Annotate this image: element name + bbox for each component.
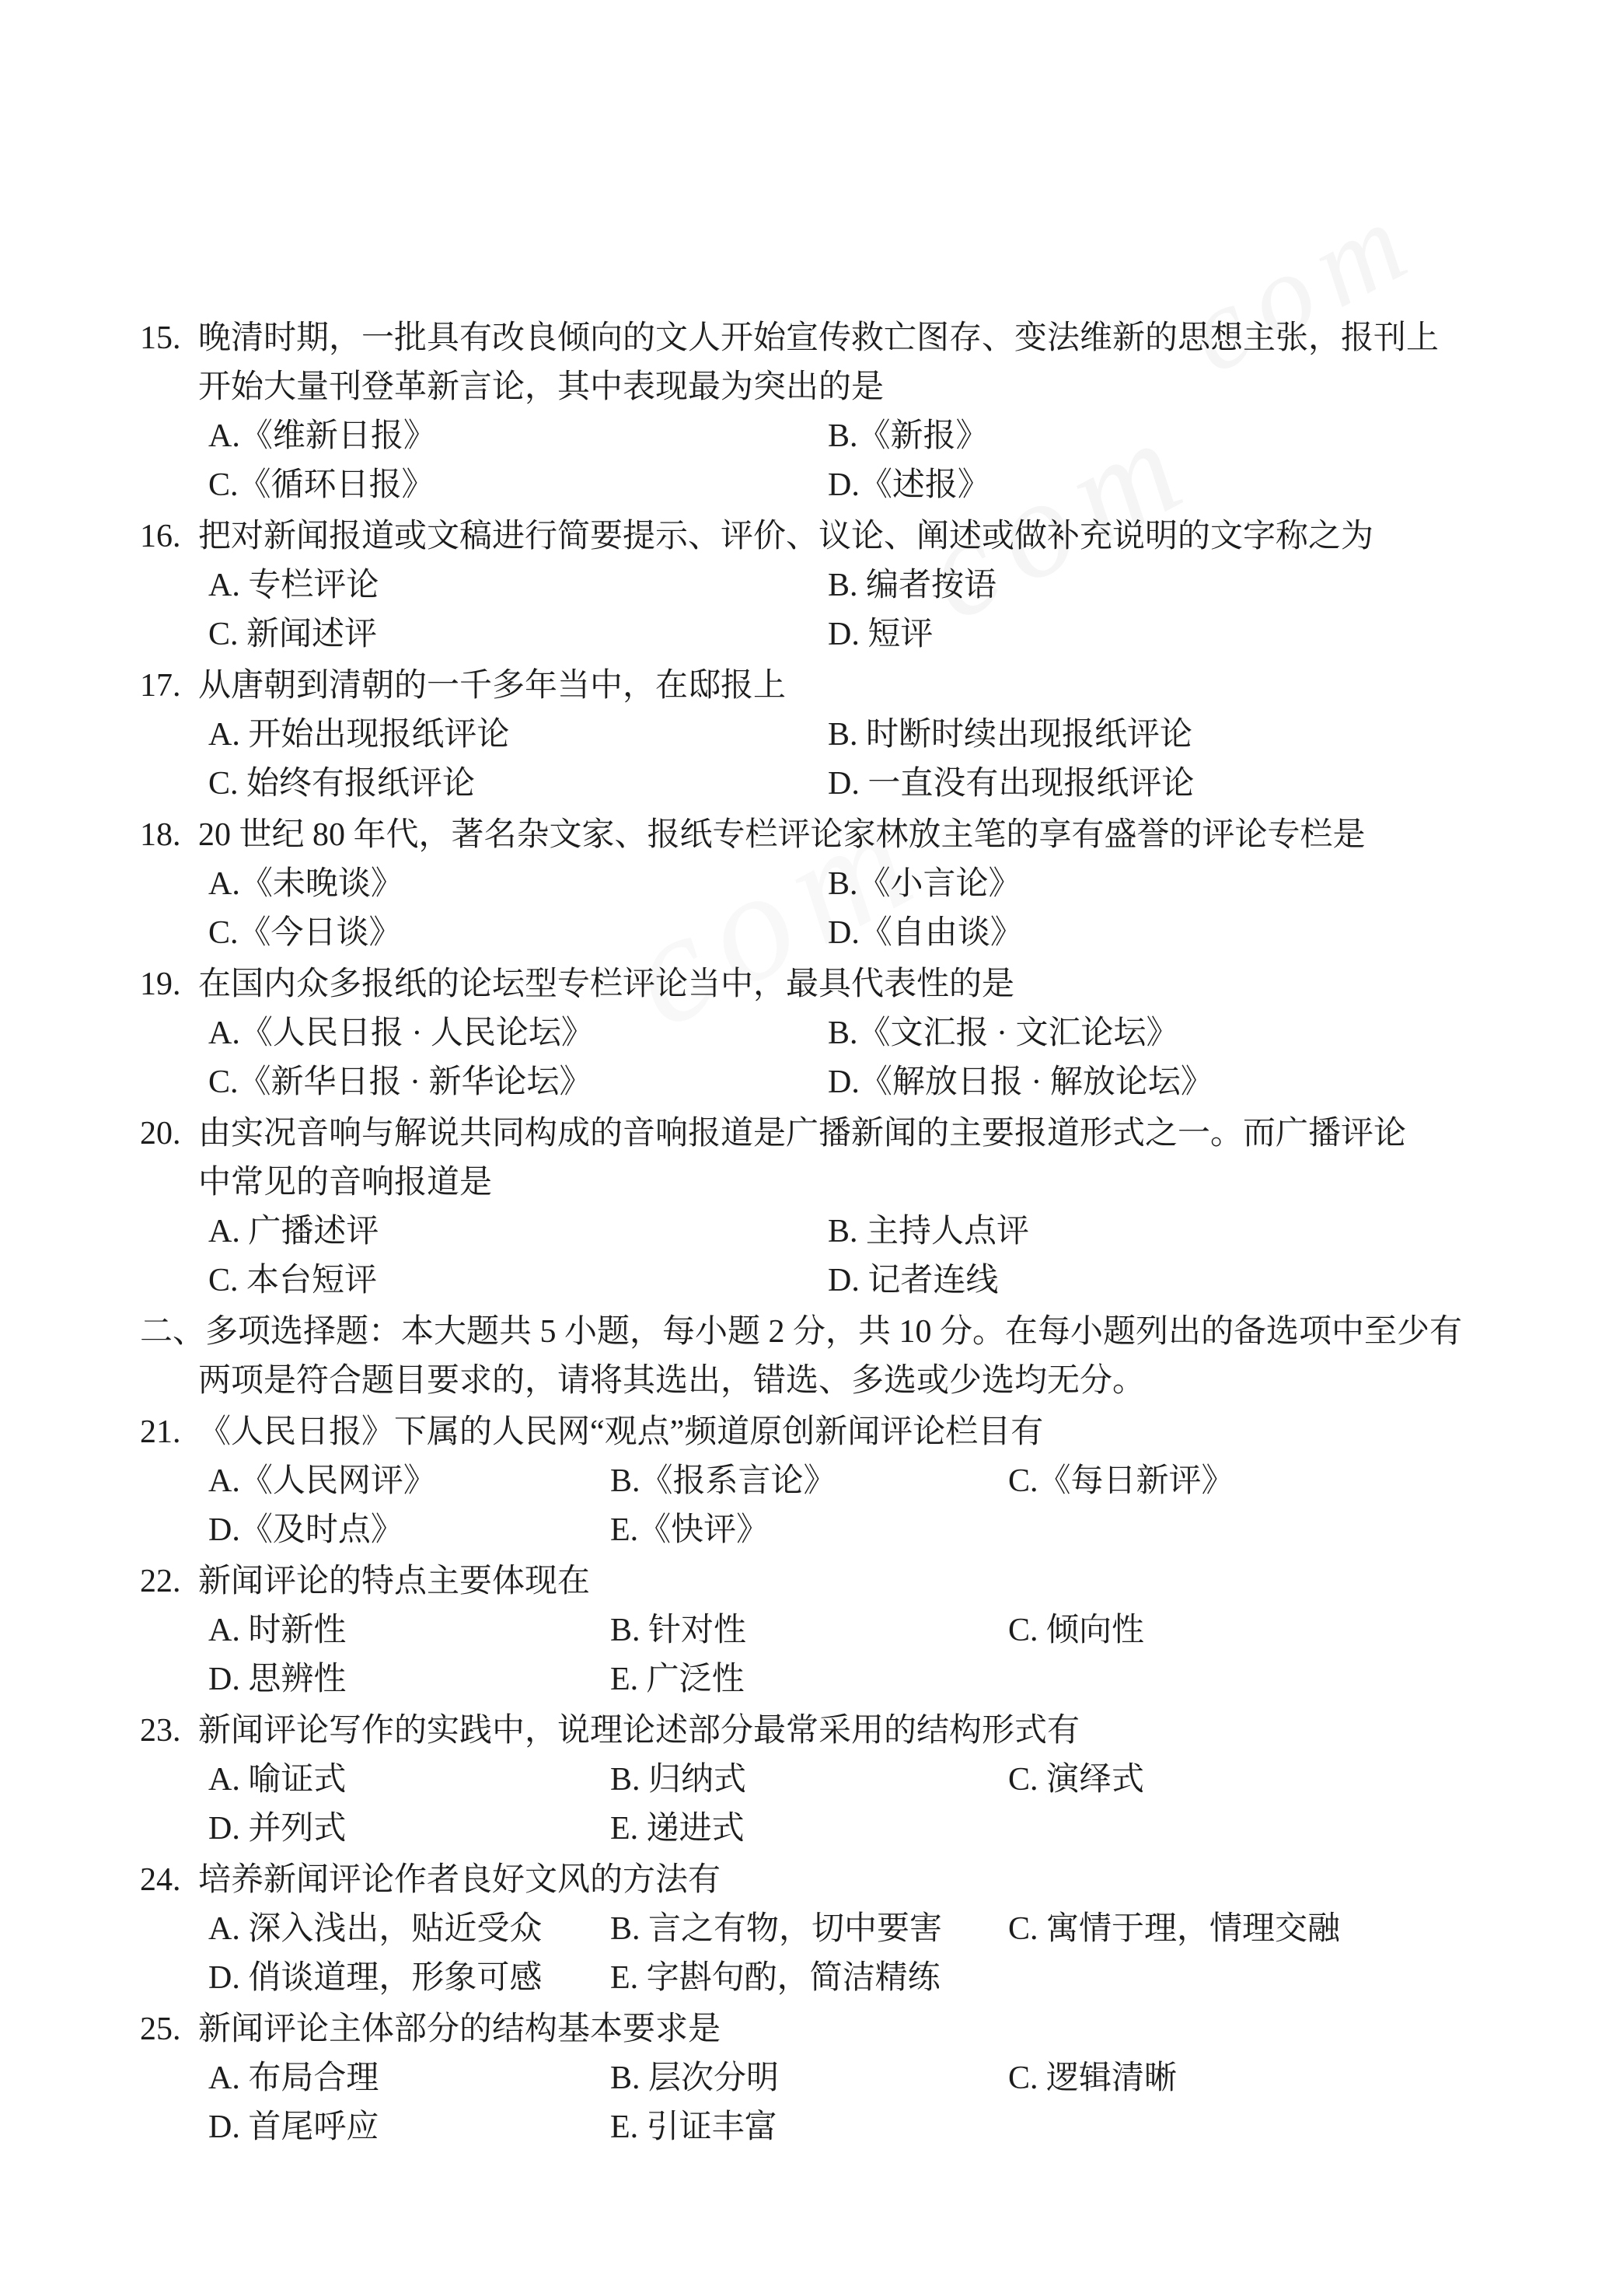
question-number: 21. bbox=[140, 1408, 198, 1457]
question-text-continued: 中常见的音响报道是 bbox=[140, 1158, 1492, 1207]
section2-header-line: 两项是符合题目要求的，请将其选出，错选、多选或少选均无分。 bbox=[140, 1357, 1492, 1406]
question-first-line: 16.把对新闻报道或文稿进行简要提示、评价、议论、阐述或做补充说明的文字称之为 bbox=[140, 512, 1492, 561]
section2-header-line: 二、多项选择题：本大题共 5 小题，每小题 2 分，共 10 分。在每小题列出的… bbox=[140, 1308, 1492, 1357]
question-text: 从唐朝到清朝的一千多年当中，在邸报上 bbox=[198, 662, 1492, 711]
option-c: C. 演绎式 bbox=[1008, 1756, 1492, 1805]
question-text: 新闻评论写作的实践中，说理论述部分最常采用的结构形式有 bbox=[198, 1707, 1492, 1756]
question-first-line: 18.20 世纪 80 年代，著名杂文家、报纸专栏评论家林放主笔的享有盛誉的评论… bbox=[140, 811, 1492, 860]
options-grid: A. 时新性B. 针对性C. 倾向性D. 思辨性E. 广泛性 bbox=[208, 1606, 1492, 1704]
question-16: 16.把对新闻报道或文稿进行简要提示、评价、议论、阐述或做补充说明的文字称之为A… bbox=[140, 512, 1492, 659]
option-a: A.《人民网评》 bbox=[208, 1457, 610, 1506]
option-b: B. 主持人点评 bbox=[828, 1207, 1492, 1256]
option-c: C. 新闻述评 bbox=[208, 610, 828, 659]
option-c: C.《每日新评》 bbox=[1008, 1457, 1492, 1506]
question-25: 25.新闻评论主体部分的结构基本要求是A. 布局合理B. 层次分明C. 逻辑清晰… bbox=[140, 2005, 1492, 2152]
question-number: 24. bbox=[140, 1856, 198, 1905]
option-a: A. 专栏评论 bbox=[208, 561, 828, 610]
question-first-line: 20.由实况音响与解说共同构成的音响报道是广播新闻的主要报道形式之一。而广播评论 bbox=[140, 1110, 1492, 1158]
option-a: A.《人民日报 · 人民论坛》 bbox=[208, 1009, 828, 1058]
option-b: B.《小言论》 bbox=[828, 860, 1492, 909]
question-23: 23.新闻评论写作的实践中，说理论述部分最常采用的结构形式有A. 喻证式B. 归… bbox=[140, 1707, 1492, 1854]
option-c: C. 寓情于理，情理交融 bbox=[1008, 1905, 1492, 1954]
question-first-line: 15.晚清时期，一批具有改良倾向的文人开始宣传救亡图存、变法维新的思想主张，报刊… bbox=[140, 314, 1492, 363]
question-15: 15.晚清时期，一批具有改良倾向的文人开始宣传救亡图存、变法维新的思想主张，报刊… bbox=[140, 314, 1492, 510]
option-b: B. 归纳式 bbox=[610, 1756, 1008, 1805]
option-e: E. 递进式 bbox=[610, 1805, 1008, 1854]
options-grid: A.《人民日报 · 人民论坛》B.《文汇报 · 文汇论坛》C.《新华日报 · 新… bbox=[208, 1009, 1492, 1107]
options-grid: A. 专栏评论B. 编者按语C. 新闻述评D. 短评 bbox=[208, 561, 1492, 659]
option-d: D. 短评 bbox=[828, 610, 1492, 659]
question-24: 24.培养新闻评论作者良好文风的方法有A. 深入浅出，贴近受众B. 言之有物，切… bbox=[140, 1856, 1492, 2003]
option-c: C. 本台短评 bbox=[208, 1256, 828, 1305]
question-number: 18. bbox=[140, 811, 198, 860]
question-22: 22.新闻评论的特点主要体现在A. 时新性B. 针对性C. 倾向性D. 思辨性E… bbox=[140, 1557, 1492, 1704]
option-e: E. 广泛性 bbox=[610, 1655, 1008, 1704]
question-text: 新闻评论的特点主要体现在 bbox=[198, 1557, 1492, 1606]
option-c: C. 倾向性 bbox=[1008, 1606, 1492, 1655]
question-first-line: 17.从唐朝到清朝的一千多年当中，在邸报上 bbox=[140, 662, 1492, 711]
option-a: A. 布局合理 bbox=[208, 2054, 610, 2103]
option-c: C. 始终有报纸评论 bbox=[208, 760, 828, 809]
option-e: E. 字斟句酌，简洁精练 bbox=[610, 1954, 1008, 2003]
question-text: 在国内众多报纸的论坛型专栏评论当中，最具代表性的是 bbox=[198, 960, 1492, 1009]
option-b: B. 层次分明 bbox=[610, 2054, 1008, 2103]
option-d: D. 俏谈道理，形象可感 bbox=[208, 1954, 610, 2003]
option-b: B. 时断时续出现报纸评论 bbox=[828, 711, 1492, 760]
option-c: C.《新华日报 · 新华论坛》 bbox=[208, 1058, 828, 1107]
option-d: D. 思辨性 bbox=[208, 1655, 610, 1704]
option-d: D.《解放日报 · 解放论坛》 bbox=[828, 1058, 1492, 1107]
question-first-line: 19.在国内众多报纸的论坛型专栏评论当中，最具代表性的是 bbox=[140, 960, 1492, 1009]
question-text: 由实况音响与解说共同构成的音响报道是广播新闻的主要报道形式之一。而广播评论 bbox=[198, 1110, 1492, 1158]
option-b: B.《报系言论》 bbox=[610, 1457, 1008, 1506]
options-grid: A. 喻证式B. 归纳式C. 演绎式D. 并列式E. 递进式 bbox=[208, 1756, 1492, 1854]
option-c: C.《循环日报》 bbox=[208, 461, 828, 510]
options-grid: A. 开始出现报纸评论B. 时断时续出现报纸评论C. 始终有报纸评论D. 一直没… bbox=[208, 711, 1492, 809]
question-text: 《人民日报》下属的人民网“观点”频道原创新闻评论栏目有 bbox=[198, 1408, 1492, 1457]
option-d: D. 首尾呼应 bbox=[208, 2103, 610, 2152]
question-first-line: 22.新闻评论的特点主要体现在 bbox=[140, 1557, 1492, 1606]
question-text: 把对新闻报道或文稿进行简要提示、评价、议论、阐述或做补充说明的文字称之为 bbox=[198, 512, 1492, 561]
question-number: 22. bbox=[140, 1557, 198, 1606]
option-b: B. 针对性 bbox=[610, 1606, 1008, 1655]
question-19: 19.在国内众多报纸的论坛型专栏评论当中，最具代表性的是A.《人民日报 · 人民… bbox=[140, 960, 1492, 1107]
option-b: B. 编者按语 bbox=[828, 561, 1492, 610]
question-text: 20 世纪 80 年代，著名杂文家、报纸专栏评论家林放主笔的享有盛誉的评论专栏是 bbox=[198, 811, 1492, 860]
option-a: A. 开始出现报纸评论 bbox=[208, 711, 828, 760]
question-17: 17.从唐朝到清朝的一千多年当中，在邸报上A. 开始出现报纸评论B. 时断时续出… bbox=[140, 662, 1492, 809]
question-number: 23. bbox=[140, 1707, 198, 1756]
question-number: 20. bbox=[140, 1110, 198, 1158]
option-a: A.《未晚谈》 bbox=[208, 860, 828, 909]
question-text: 晚清时期，一批具有改良倾向的文人开始宣传救亡图存、变法维新的思想主张，报刊上 bbox=[198, 314, 1492, 363]
question-number: 16. bbox=[140, 512, 198, 561]
section2-header: 二、多项选择题：本大题共 5 小题，每小题 2 分，共 10 分。在每小题列出的… bbox=[140, 1308, 1492, 1406]
options-grid: A. 广播述评B. 主持人点评C. 本台短评D. 记者连线 bbox=[208, 1207, 1492, 1305]
option-a: A. 时新性 bbox=[208, 1606, 610, 1655]
options-grid: A. 深入浅出，贴近受众B. 言之有物，切中要害C. 寓情于理，情理交融D. 俏… bbox=[208, 1905, 1492, 2003]
question-number: 17. bbox=[140, 662, 198, 711]
option-d: D. 并列式 bbox=[208, 1805, 610, 1854]
question-first-line: 23.新闻评论写作的实践中，说理论述部分最常采用的结构形式有 bbox=[140, 1707, 1492, 1756]
option-e: E. 引证丰富 bbox=[610, 2103, 1008, 2152]
option-a: A. 喻证式 bbox=[208, 1756, 610, 1805]
option-c: C.《今日谈》 bbox=[208, 909, 828, 958]
question-first-line: 21.《人民日报》下属的人民网“观点”频道原创新闻评论栏目有 bbox=[140, 1408, 1492, 1457]
question-text: 培养新闻评论作者良好文风的方法有 bbox=[198, 1856, 1492, 1905]
exam-paper-page: com com com 15.晚清时期，一批具有改良倾向的文人开始宣传救亡图存、… bbox=[0, 0, 1616, 2296]
question-text-continued: 开始大量刊登革新言论，其中表现最为突出的是 bbox=[140, 363, 1492, 412]
options-grid: A.《维新日报》B.《新报》C.《循环日报》D.《述报》 bbox=[208, 412, 1492, 510]
option-d: D.《自由谈》 bbox=[828, 909, 1492, 958]
option-d: D.《述报》 bbox=[828, 461, 1492, 510]
question-number: 19. bbox=[140, 960, 198, 1009]
question-number: 25. bbox=[140, 2005, 198, 2054]
option-e: E.《快评》 bbox=[610, 1506, 1008, 1555]
option-d: D. 记者连线 bbox=[828, 1256, 1492, 1305]
question-first-line: 25.新闻评论主体部分的结构基本要求是 bbox=[140, 2005, 1492, 2054]
option-d: D.《及时点》 bbox=[208, 1506, 610, 1555]
options-grid: A.《未晚谈》B.《小言论》C.《今日谈》D.《自由谈》 bbox=[208, 860, 1492, 958]
option-b: B.《新报》 bbox=[828, 412, 1492, 461]
question-18: 18.20 世纪 80 年代，著名杂文家、报纸专栏评论家林放主笔的享有盛誉的评论… bbox=[140, 811, 1492, 958]
question-number: 15. bbox=[140, 314, 198, 363]
option-a: A. 广播述评 bbox=[208, 1207, 828, 1256]
question-text: 新闻评论主体部分的结构基本要求是 bbox=[198, 2005, 1492, 2054]
option-c: C. 逻辑清晰 bbox=[1008, 2054, 1492, 2103]
question-20: 20.由实况音响与解说共同构成的音响报道是广播新闻的主要报道形式之一。而广播评论… bbox=[140, 1110, 1492, 1305]
option-b: B.《文汇报 · 文汇论坛》 bbox=[828, 1009, 1492, 1058]
question-area: 15.晚清时期，一批具有改良倾向的文人开始宣传救亡图存、变法维新的思想主张，报刊… bbox=[140, 314, 1492, 2152]
options-grid: A.《人民网评》B.《报系言论》C.《每日新评》D.《及时点》E.《快评》 bbox=[208, 1457, 1492, 1555]
question-21: 21.《人民日报》下属的人民网“观点”频道原创新闻评论栏目有A.《人民网评》B.… bbox=[140, 1408, 1492, 1555]
option-d: D. 一直没有出现报纸评论 bbox=[828, 760, 1492, 809]
option-b: B. 言之有物，切中要害 bbox=[610, 1905, 1008, 1954]
option-a: A. 深入浅出，贴近受众 bbox=[208, 1905, 610, 1954]
question-first-line: 24.培养新闻评论作者良好文风的方法有 bbox=[140, 1856, 1492, 1905]
options-grid: A. 布局合理B. 层次分明C. 逻辑清晰D. 首尾呼应E. 引证丰富 bbox=[208, 2054, 1492, 2152]
option-a: A.《维新日报》 bbox=[208, 412, 828, 461]
